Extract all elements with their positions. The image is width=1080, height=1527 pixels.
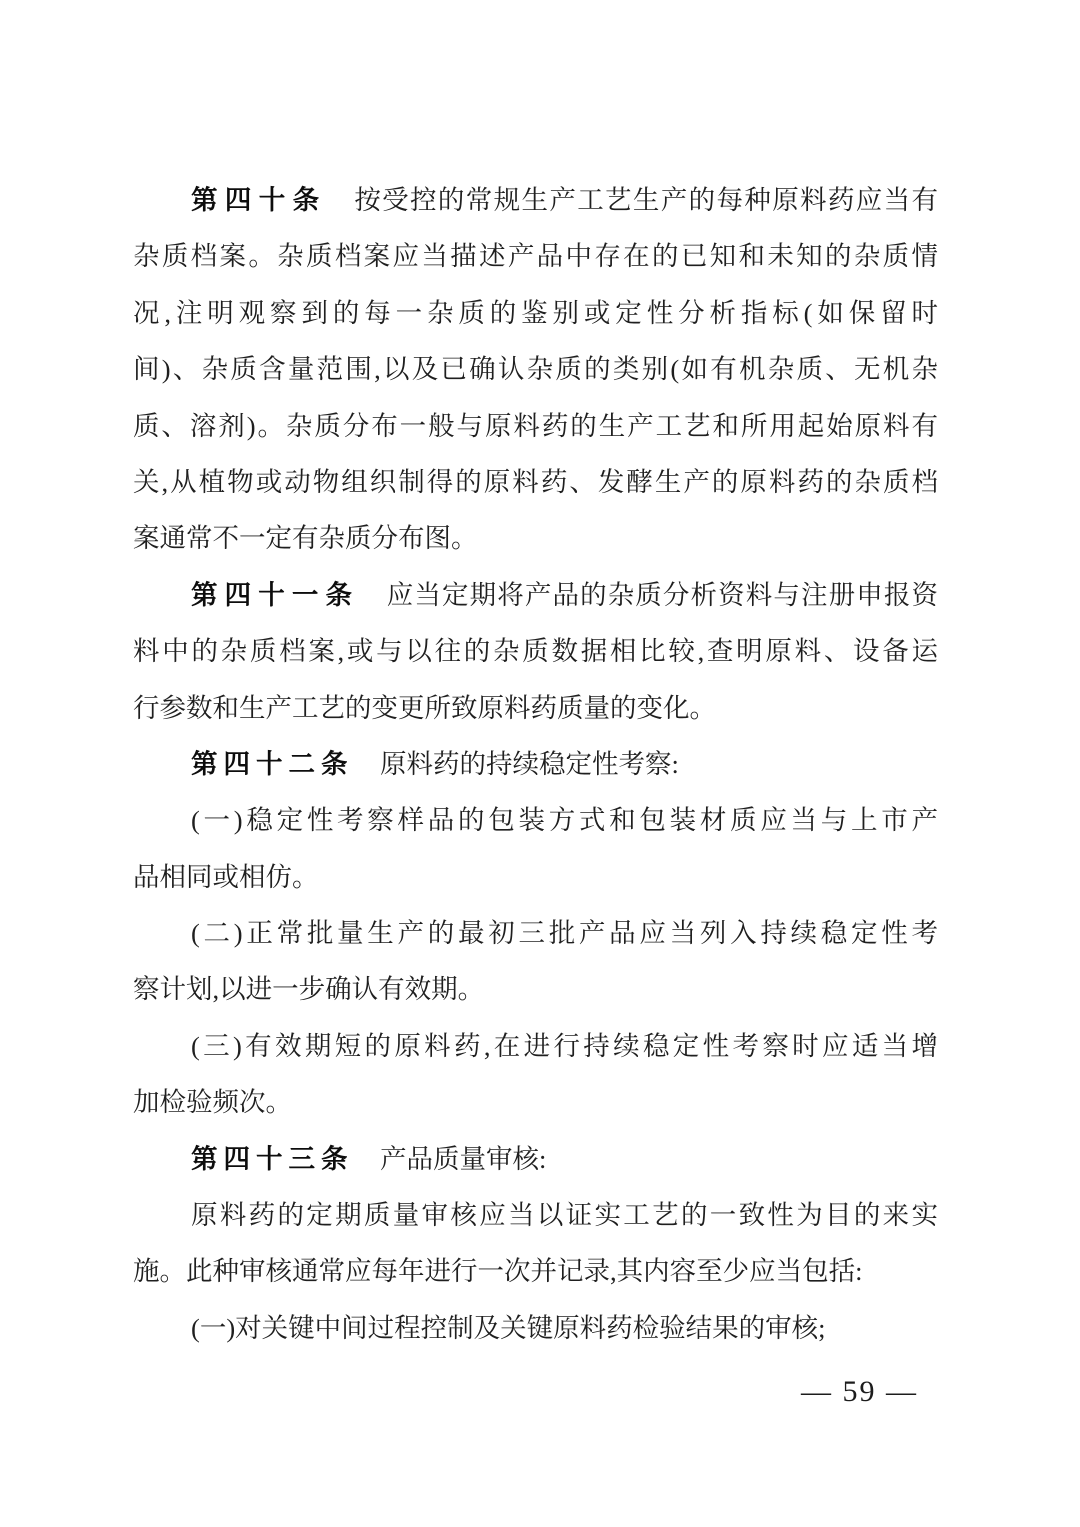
- text-segment: 间)、杂质含量范围,以及已确认杂质的类别(如有机杂质、无机杂: [133, 354, 938, 384]
- article-number-label: 第四十二条: [191, 749, 354, 779]
- text-segment: (三)有效期短的原料药,在进行持续稳定性考察时应适当增: [191, 1031, 938, 1061]
- text-line-article-42-item-1: 品相同或相仿。: [133, 849, 938, 905]
- text-line-article-40: 关,从植物或动物组织制得的原料药、发酵生产的原料药的杂质档: [133, 454, 938, 510]
- text-segment: (一)对关键中间过程控制及关键原料药检验结果的审核;: [191, 1313, 826, 1343]
- text-line-article-42-item-3: 加检验频次。: [133, 1074, 938, 1130]
- text-segment: (二)正常批量生产的最初三批产品应当列入持续稳定性考: [191, 918, 938, 948]
- text-segment: 按受控的常规生产工艺生产的每种原料药应当有: [326, 185, 938, 215]
- text-line-article-42-item-3: (三)有效期短的原料药,在进行持续稳定性考察时应适当增: [133, 1018, 938, 1074]
- text-line-article-41: 行参数和生产工艺的变更所致原料药质量的变化。: [133, 680, 938, 736]
- text-line-article-40: 质、溶剂)。杂质分布一般与原料药的生产工艺和所用起始原料有: [133, 398, 938, 454]
- document-text: 第四十条 按受控的常规生产工艺生产的每种原料药应当有杂质档案。杂质档案应当描述产…: [133, 172, 938, 1356]
- text-segment: 察计划,以进一步确认有效期。: [133, 974, 484, 1004]
- text-segment: 原料药的定期质量审核应当以证实工艺的一致性为目的来实: [191, 1200, 938, 1230]
- text-line-article-42-item-2: 察计划,以进一步确认有效期。: [133, 961, 938, 1017]
- text-segment: 料中的杂质档案,或与以往的杂质数据相比较,查明原料、设备运: [133, 636, 938, 666]
- text-line-article-40: 间)、杂质含量范围,以及已确认杂质的类别(如有机杂质、无机杂: [133, 341, 938, 397]
- text-segment: 关,从植物或动物组织制得的原料药、发酵生产的原料药的杂质档: [133, 467, 938, 497]
- text-line-article-42-item-1: (一)稳定性考察样品的包装方式和包装材质应当与上市产: [133, 792, 938, 848]
- text-segment: 施。此种审核通常应每年进行一次并记录,其内容至少应当包括:: [133, 1256, 863, 1286]
- text-segment: 产品质量审核:: [354, 1144, 547, 1174]
- text-line-article-40: 杂质档案。杂质档案应当描述产品中存在的已知和未知的杂质情: [133, 228, 938, 284]
- text-line-article-41: 料中的杂质档案,或与以往的杂质数据相比较,查明原料、设备运: [133, 623, 938, 679]
- text-line-article-43-body: 原料药的定期质量审核应当以证实工艺的一致性为目的来实: [133, 1187, 938, 1243]
- text-line-article-40: 第四十条 按受控的常规生产工艺生产的每种原料药应当有: [133, 172, 938, 228]
- page-number: — 59 —: [0, 1370, 1080, 1414]
- text-segment: 应当定期将产品的杂质分析资料与注册申报资: [359, 580, 938, 610]
- text-segment: 杂质档案。杂质档案应当描述产品中存在的已知和未知的杂质情: [133, 241, 938, 271]
- text-line-article-41: 第四十一条 应当定期将产品的杂质分析资料与注册申报资: [133, 567, 938, 623]
- text-line-article-43-body: 施。此种审核通常应每年进行一次并记录,其内容至少应当包括:: [133, 1243, 938, 1299]
- text-segment: 行参数和生产工艺的变更所致原料药质量的变化。: [133, 693, 716, 723]
- text-segment: 质、溶剂)。杂质分布一般与原料药的生产工艺和所用起始原料有: [133, 411, 938, 441]
- text-segment: 原料药的持续稳定性考察:: [354, 749, 679, 779]
- text-line-article-42: 第四十二条 原料药的持续稳定性考察:: [133, 736, 938, 792]
- text-line-article-40: 况,注明观察到的每一杂质的鉴别或定性分析指标(如保留时: [133, 285, 938, 341]
- text-line-article-43: 第四十三条 产品质量审核:: [133, 1131, 938, 1187]
- article-number-label: 第四十一条: [191, 580, 359, 610]
- text-line-article-43-item-1: (一)对关键中间过程控制及关键原料药检验结果的审核;: [133, 1300, 938, 1356]
- text-segment: 加检验频次。: [133, 1087, 292, 1117]
- text-segment: 品相同或相仿。: [133, 862, 319, 892]
- text-segment: (一)稳定性考察样品的包装方式和包装材质应当与上市产: [191, 805, 938, 835]
- article-number-label: 第四十条: [191, 185, 326, 215]
- document-page: 第四十条 按受控的常规生产工艺生产的每种原料药应当有杂质档案。杂质档案应当描述产…: [0, 0, 1080, 1527]
- text-line-article-40: 案通常不一定有杂质分布图。: [133, 510, 938, 566]
- article-number-label: 第四十三条: [191, 1144, 354, 1174]
- text-line-article-42-item-2: (二)正常批量生产的最初三批产品应当列入持续稳定性考: [133, 905, 938, 961]
- text-segment: 况,注明观察到的每一杂质的鉴别或定性分析指标(如保留时: [133, 298, 938, 328]
- text-segment: 案通常不一定有杂质分布图。: [133, 523, 478, 553]
